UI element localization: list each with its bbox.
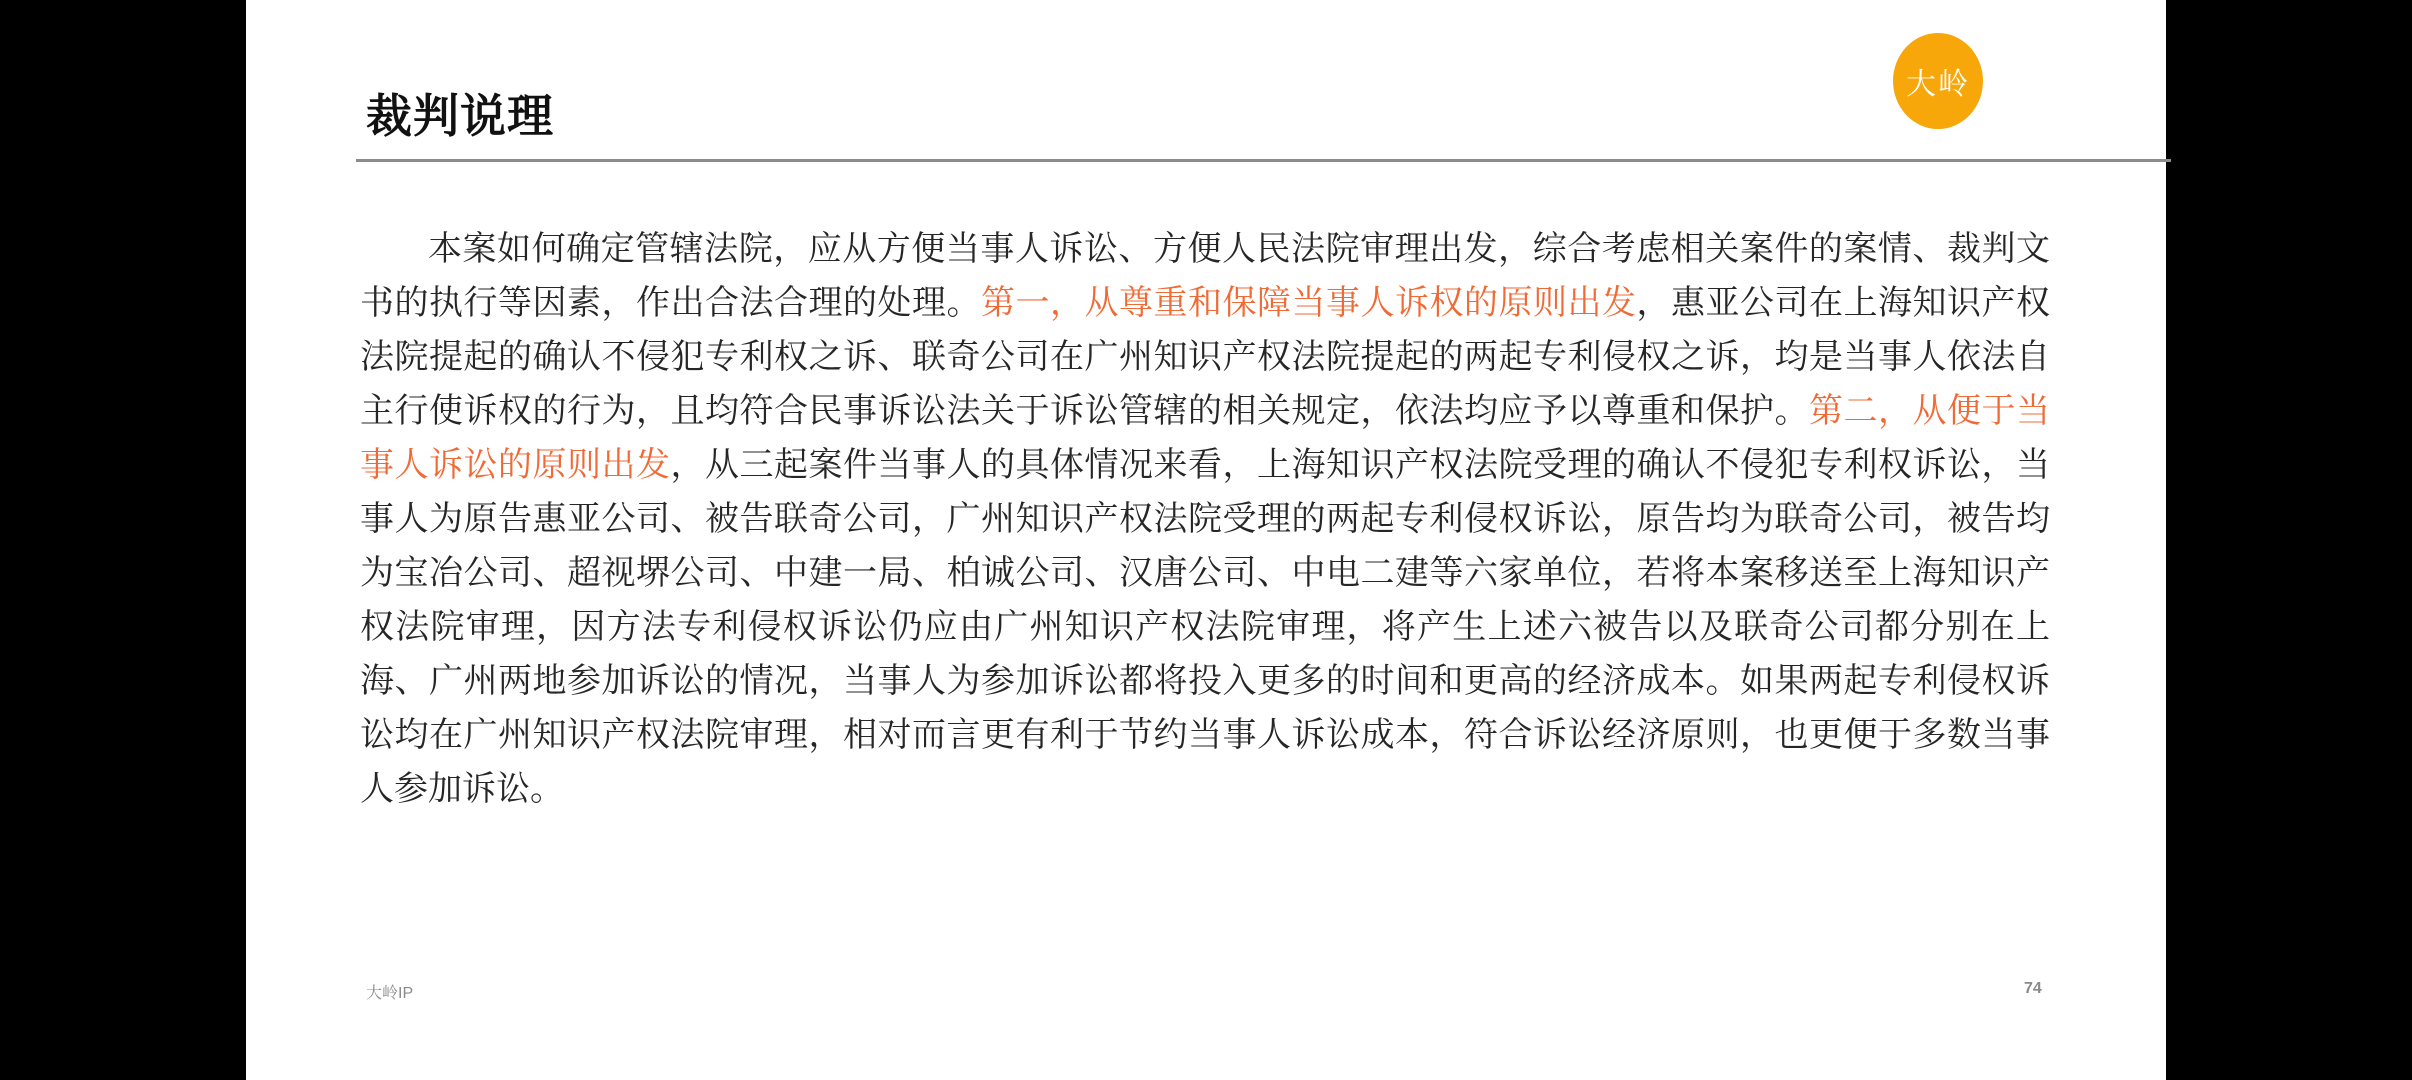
- footer-brand: 大岭IP: [366, 980, 413, 1003]
- slide-viewer: 裁判说理 大岭 本案如何确定管辖法院，应从方便当事人诉讼、方便人民法院审理出发，…: [0, 0, 2412, 1080]
- page-number: 74: [2024, 980, 2042, 998]
- highlight-principle-one: 第一，从尊重和保障当事人诉权的原则出发: [981, 283, 1637, 323]
- paragraph-segment: ，从三起案件当事人的具体情况来看，上海知识产权法院受理的确认不侵犯专利权诉讼，当…: [360, 445, 2050, 809]
- logo-text: 大岭: [1906, 59, 1970, 103]
- presentation-slide: 裁判说理 大岭 本案如何确定管辖法院，应从方便当事人诉讼、方便人民法院审理出发，…: [246, 0, 2166, 1080]
- reasoning-paragraph: 本案如何确定管辖法院，应从方便当事人诉讼、方便人民法院审理出发，综合考虑相关案件…: [360, 222, 2050, 816]
- title-divider: [356, 159, 2171, 162]
- slide-title: 裁判说理: [366, 86, 554, 146]
- dailing-logo-icon: 大岭: [1893, 33, 1983, 129]
